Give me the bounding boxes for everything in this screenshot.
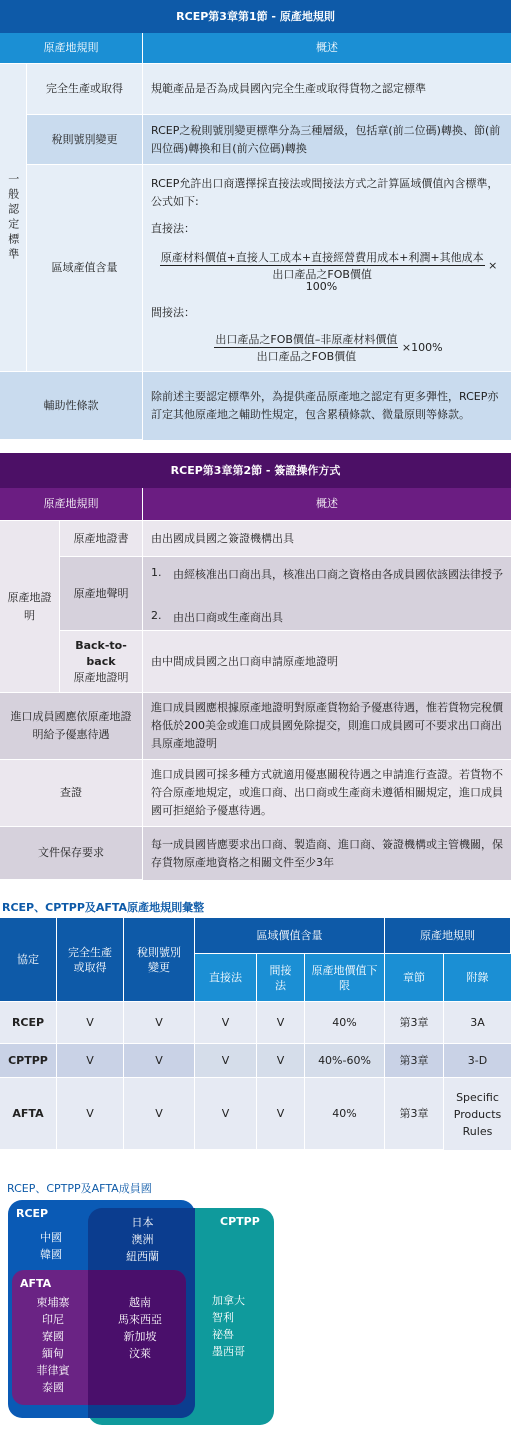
cell-chapter-rcep: 第3章: [385, 1002, 444, 1044]
cell-indirect-cptpp: V: [257, 1044, 305, 1078]
all-three-list: 越南 馬來西亞 新加坡 汶萊: [110, 1294, 170, 1362]
rcep-only-list: 中國 韓國: [36, 1229, 66, 1263]
sub-label-certificate: 原產地證書: [60, 521, 143, 557]
header-threshold: 原產地價值下限: [305, 954, 385, 1002]
header-wholly: 完全生產或取得: [57, 918, 124, 1002]
sub-label-declaration: 原產地聲明: [60, 557, 143, 631]
cell-threshold-afta: 40%: [305, 1078, 385, 1150]
header-roo-group: 原產地規則: [385, 918, 511, 954]
row-label-record-keeping: 文件保存要求: [0, 827, 143, 880]
indirect-method-label: 間接法：: [151, 304, 195, 320]
row-content-rvc: RCEP允許出口商選擇採直接法或間接法方式之計算區域價值內含標準，公式如下: 直…: [143, 165, 511, 372]
cell-chapter-cptpp: 第3章: [385, 1044, 444, 1078]
indirect-denominator: 出口產品之FOB價值: [214, 348, 398, 364]
header-annex: 附錄: [444, 954, 511, 1002]
cell-direct-cptpp: V: [195, 1044, 257, 1078]
header-chapter: 章節: [385, 954, 444, 1002]
cptpp-label: CPTPP: [220, 1215, 260, 1228]
cell-cth-afta: V: [124, 1078, 195, 1150]
cell-cth-rcep: V: [124, 1002, 195, 1044]
header-agreement: 協定: [0, 918, 57, 1002]
afta-label: AFTA: [20, 1277, 51, 1290]
row-label-tariff-change: 稅則號別變更: [27, 115, 143, 165]
direct-numerator: 原產材料價值+直接人工成本+直接經營費用成本+利潤+其他成本: [160, 249, 485, 266]
cell-agreement-rcep: RCEP: [0, 1002, 57, 1044]
sub-label-back-to-back: Back-to- back 原產地證明: [60, 631, 143, 693]
afta-only-list: 柬埔寨 印尼 寮國 緬甸 菲律賓 泰國: [28, 1294, 78, 1396]
header-rvc-group: 區域價值含量: [195, 918, 385, 954]
row-label-rvc: 區域產值含量: [27, 165, 143, 372]
sub-content-declaration: 1. 由經核准出口商出具，核准出口商之資格由各成員國依該國法律授予 2. 由出口…: [143, 557, 511, 631]
declaration-item-text-2: 由出口商或生產商出具: [173, 609, 283, 625]
cell-direct-afta: V: [195, 1078, 257, 1150]
header-direct: 直接法: [195, 954, 257, 1002]
cell-wholly-rcep: V: [57, 1002, 124, 1044]
rvc-intro: RCEP允許出口商選擇採直接法或間接法方式之計算區域價值內含標準，公式如下:: [151, 175, 506, 211]
indirect-times: ×100%: [402, 341, 443, 354]
indirect-numerator: 出口產品之FOB價值–非原產材料價值: [214, 331, 398, 348]
rcep-cptpp-list: 日本 澳洲 紐西蘭: [115, 1214, 170, 1265]
table1-header-summary: 概述: [143, 33, 511, 64]
row-text-tariff-change: RCEP之稅則號別變更標準分為三種層級，包括章(前二位碼)轉換、節(前四位碼)轉…: [143, 115, 511, 165]
direct-times: ×: [488, 259, 497, 272]
cell-indirect-rcep: V: [257, 1002, 305, 1044]
declaration-item-num-1: 1.: [151, 566, 162, 579]
cell-agreement-afta: AFTA: [0, 1078, 57, 1150]
cell-chapter-afta: 第3章: [385, 1078, 444, 1150]
header-cth: 稅則號別變更: [124, 918, 195, 1002]
cptpp-only-list: 加拿大 智利 祕魯 墨西哥: [212, 1292, 257, 1360]
row-text-wholly-obtained: 規範產品是否為成員國內完全生產或取得貨物之認定標準: [143, 64, 511, 115]
sub-text-back-to-back: 由中間成員國之出口商申請原產地證明: [143, 631, 511, 693]
table2-header-rule: 原產地規則: [0, 488, 143, 521]
cell-indirect-afta: V: [257, 1078, 305, 1150]
table2-header-summary: 概述: [143, 488, 511, 521]
declaration-item-num-2: 2.: [151, 609, 162, 622]
table2-title: RCEP第3章第2節 - 簽證操作方式: [0, 453, 511, 488]
comparison-title: RCEP、CPTPP及AFTA原產地規則彙整: [2, 899, 204, 915]
group-label-proof-of-origin: 原產地證明: [0, 521, 60, 693]
row-text-verification: 進口成員國可採多種方式就適用優惠關稅待遇之申請進行查證。若貨物不符合原產地規定，…: [143, 760, 511, 827]
cell-direct-rcep: V: [195, 1002, 257, 1044]
venn-title: RCEP、CPTPP及AFTA成員國: [7, 1180, 152, 1196]
row-text-preferential: 進口成員國應根據原產地證明對原產貨物給予優惠待遇，惟若貨物完稅價格低於200美金…: [143, 693, 511, 760]
cell-wholly-afta: V: [57, 1078, 124, 1150]
row-label-verification: 查證: [0, 760, 143, 827]
row-label-wholly-obtained: 完全生產或取得: [27, 64, 143, 115]
cell-annex-cptpp: 3-D: [444, 1044, 511, 1078]
direct-method-label: 直接法：: [151, 220, 195, 236]
table1-title: RCEP第3章第1節 - 原產地規則: [0, 0, 511, 33]
cell-annex-rcep: 3A: [444, 1002, 511, 1044]
cell-cth-cptpp: V: [124, 1044, 195, 1078]
cell-wholly-cptpp: V: [57, 1044, 124, 1078]
row-text-auxiliary: 除前述主要認定標準外，為提供產品原產地之認定有更多彈性，RCEP亦訂定其他原產地…: [143, 372, 511, 440]
cell-annex-afta: Specific Products Rules: [444, 1078, 511, 1150]
declaration-item-text-1: 由經核准出口商出具，核准出口商之資格由各成員國依該國法律授予: [173, 566, 503, 584]
cell-agreement-cptpp: CPTPP: [0, 1044, 57, 1078]
rcep-label: RCEP: [16, 1207, 48, 1220]
table1-header-rule: 原產地規則: [0, 33, 143, 64]
cell-threshold-cptpp: 40%-60%: [305, 1044, 385, 1078]
sub-text-certificate: 由出國成員國之簽證機構出具: [143, 521, 511, 557]
direct-formula: 原產材料價值+直接人工成本+直接經營費用成本+利潤+其他成本 出口產品之FOB價…: [151, 249, 506, 293]
row-text-record-keeping: 每一成員國皆應要求出口商、製造商、進口商、簽證機構或主管機關，保存貨物原產地資格…: [143, 827, 511, 880]
table1-group-label: 一般認定標準: [0, 64, 27, 372]
indirect-formula: 出口產品之FOB價值–非原產材料價值 出口產品之FOB價值 ×100%: [151, 331, 506, 364]
row-label-preferential: 進口成員國應依原產地證明給予優惠待遇: [0, 693, 143, 760]
header-indirect: 間接法: [257, 954, 305, 1002]
row-label-auxiliary: 輔助性條款: [0, 372, 143, 440]
cell-threshold-rcep: 40%: [305, 1002, 385, 1044]
